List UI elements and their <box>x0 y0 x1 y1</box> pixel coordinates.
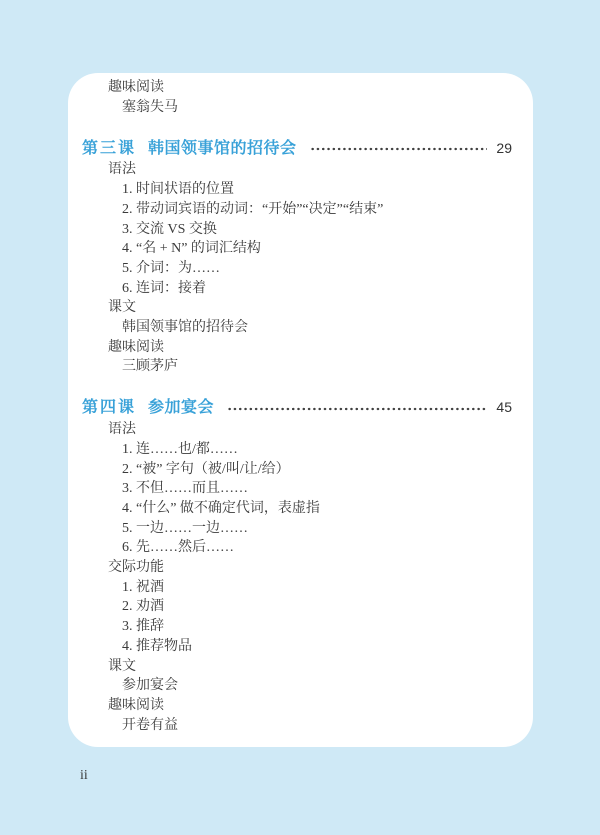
table-of-contents: 趣味阅读塞翁失马第三课韩国领事馆的招待会29语法1. 时间状语的位置2. 带动词… <box>82 78 512 735</box>
toc-item: 塞翁失马 <box>82 98 512 118</box>
lesson-page-number: 29 <box>496 139 512 159</box>
toc-item: 4. 推荐物品 <box>82 637 512 657</box>
toc-group-heading: 趣味阅读 <box>82 338 512 358</box>
toc-item: 5. 一边……一边…… <box>82 519 512 539</box>
lesson-title-row: 第四课参加宴会45 <box>82 398 512 418</box>
toc-group-heading: 交际功能 <box>82 558 512 578</box>
lesson-title: 参加宴会 <box>148 398 214 418</box>
lesson-number: 第四课 <box>82 398 136 418</box>
toc-item: 5. 介词：为…… <box>82 259 512 279</box>
toc-item: 1. 祝酒 <box>82 578 512 598</box>
content-card: 趣味阅读塞翁失马第三课韩国领事馆的招待会29语法1. 时间状语的位置2. 带动词… <box>68 73 533 747</box>
toc-group-heading: 语法 <box>82 420 512 440</box>
toc-item: 开卷有益 <box>82 716 512 736</box>
toc-item: 4. “什么” 做不确定代词，表虚指 <box>82 499 512 519</box>
toc-item: 3. 推辞 <box>82 617 512 637</box>
lesson-page-number: 45 <box>496 398 512 418</box>
toc-item: 2. 带动词宾语的动词：“开始”“决定”“结束” <box>82 200 512 220</box>
toc-item: 4. “名 + N” 的词汇结构 <box>82 239 512 259</box>
toc-item: 3. 不但……而且…… <box>82 479 512 499</box>
toc-item: 三顾茅庐 <box>82 357 512 377</box>
toc-group-heading: 趣味阅读 <box>82 696 512 716</box>
lesson-title-row: 第三课韩国领事馆的招待会29 <box>82 138 512 158</box>
toc-group-heading: 课文 <box>82 657 512 677</box>
toc-item: 6. 连词：接着 <box>82 279 512 299</box>
toc-item: 3. 交流 VS 交换 <box>82 220 512 240</box>
toc-item: 2. 劝酒 <box>82 597 512 617</box>
toc-item: 6. 先……然后…… <box>82 538 512 558</box>
toc-item: 1. 连……也/都…… <box>82 440 512 460</box>
toc-group-heading: 课文 <box>82 298 512 318</box>
dot-leader <box>227 407 487 411</box>
lesson-number: 第三课 <box>82 139 136 159</box>
toc-item: 2. “被” 字句（被/叫/让/给） <box>82 460 512 480</box>
lesson-title: 韩国领事馆的招待会 <box>148 139 297 159</box>
page-number-footer: ii <box>80 768 88 784</box>
toc-group-heading: 语法 <box>82 160 512 180</box>
toc-item: 1. 时间状语的位置 <box>82 180 512 200</box>
toc-item: 参加宴会 <box>82 676 512 696</box>
toc-group-heading: 趣味阅读 <box>82 78 512 98</box>
dot-leader <box>310 147 487 151</box>
toc-item: 韩国领事馆的招待会 <box>82 318 512 338</box>
